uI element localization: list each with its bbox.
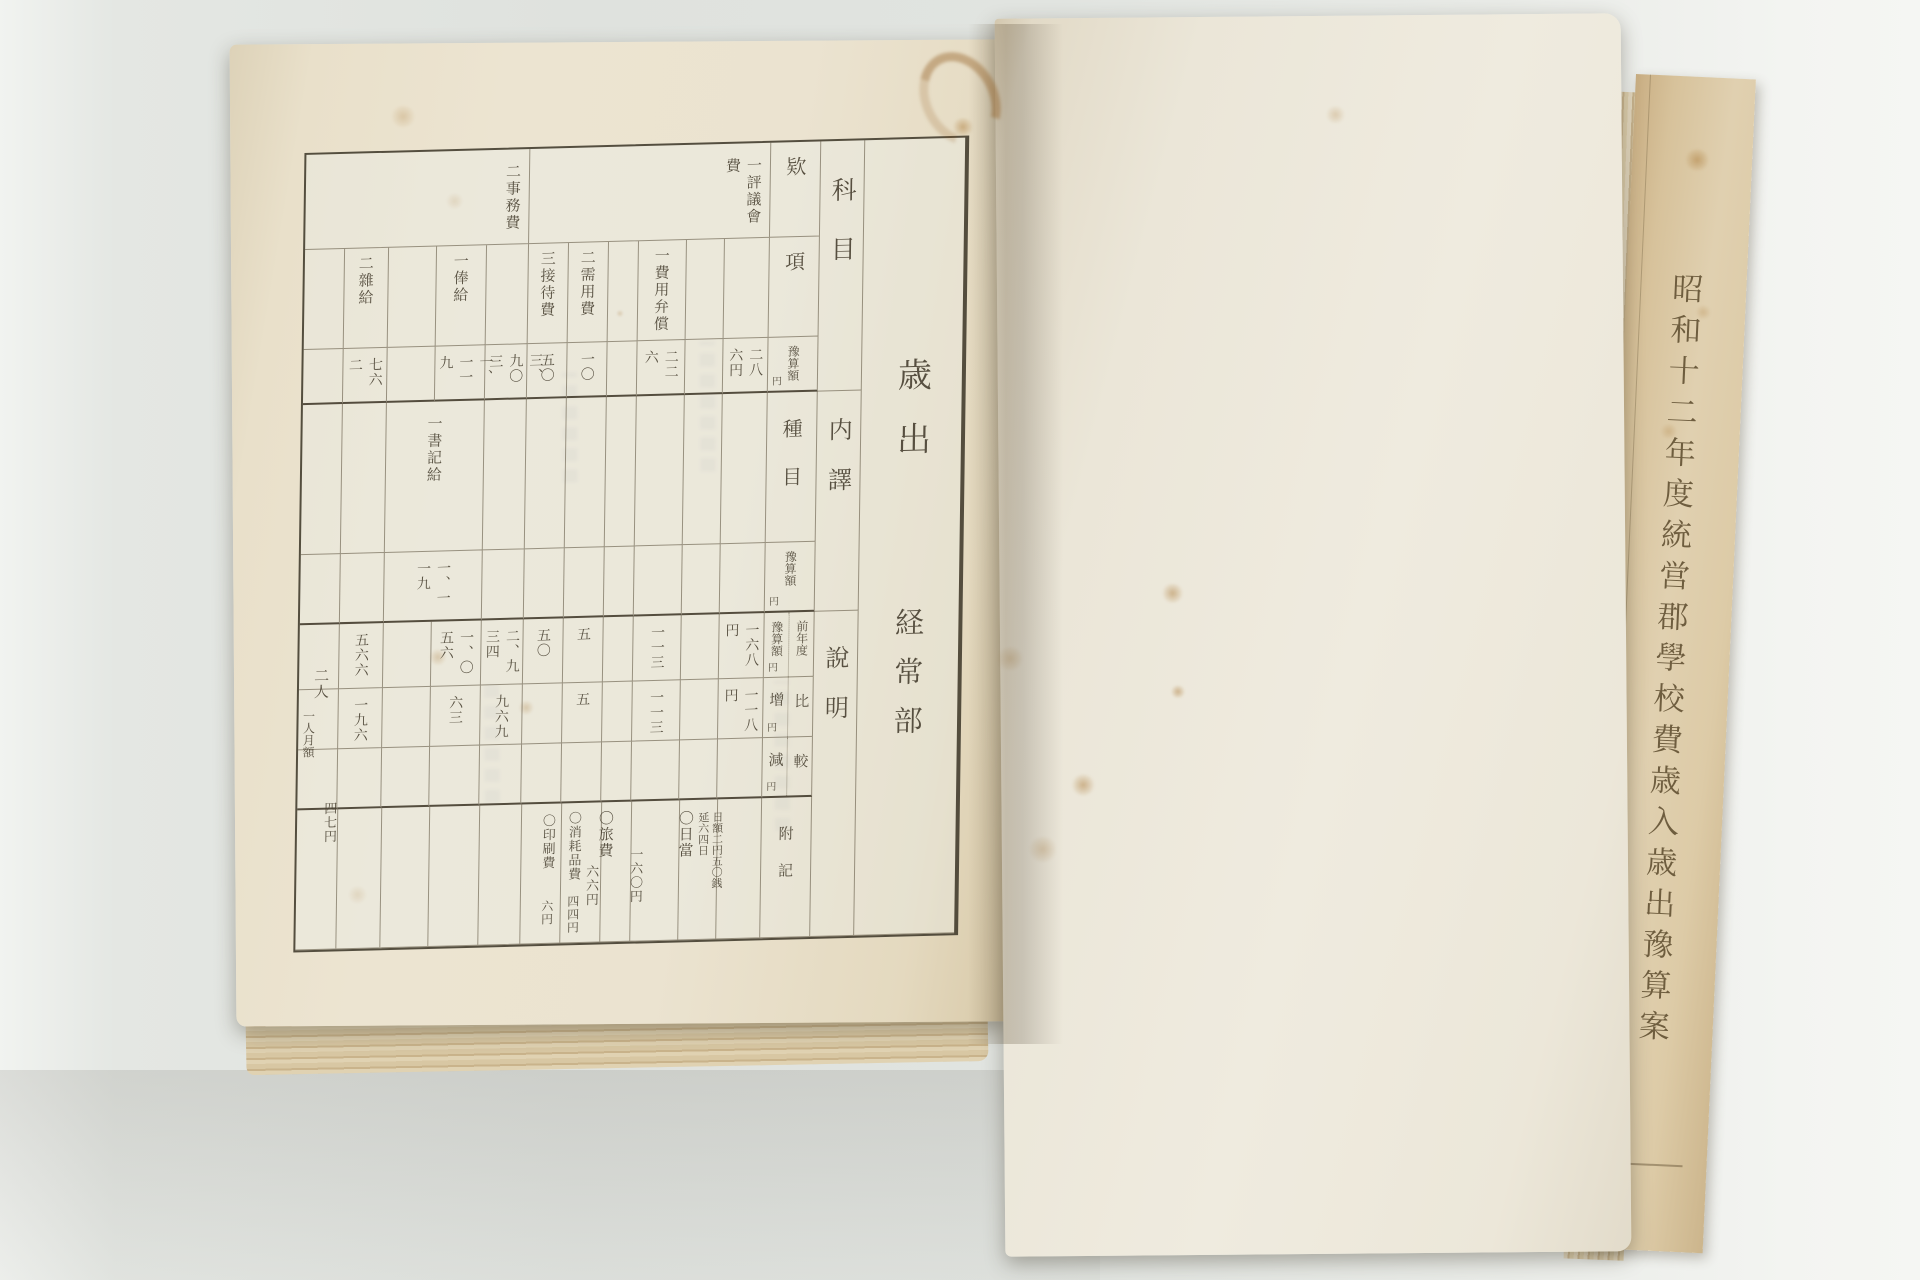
cell-empty (603, 616, 634, 682)
cell-kan-hyogikai: 一評議會費 (529, 143, 771, 244)
cell-amount-hyogikai: 二八六円 (723, 338, 769, 394)
kan-hyogikai-label: 一評議會費 (722, 150, 765, 238)
cell-empty (340, 553, 385, 624)
cell-empty (482, 549, 525, 620)
cell-empty (524, 548, 565, 619)
shumoku-shokikyu-label: 一書記給 (424, 401, 446, 484)
cell-empty (387, 347, 436, 403)
cell-ko-hokyu: 一俸給 (436, 245, 487, 346)
cell-empty (388, 247, 437, 348)
label-fu: 附 (776, 825, 795, 862)
cell-amount-zatsukyu: 七六二 (343, 348, 388, 404)
cell-empty (721, 393, 768, 544)
cell-inc-bensho: 一一三 (632, 680, 681, 741)
cell-label-increase: 增 比 円 (763, 677, 814, 738)
stain (1071, 774, 1095, 796)
unit-yen: 円 (767, 719, 777, 734)
label-zennendo: 前年度 (795, 612, 808, 656)
cell-empty (608, 241, 639, 342)
cell-empty (304, 249, 345, 350)
prev-jimuhi: 二、九三四 (481, 619, 522, 684)
note-ryohi-amount: 六六円 (581, 864, 601, 907)
shumoku-amount-shokikyu: 一、一一九 (412, 551, 453, 620)
cell-empty (303, 349, 344, 405)
amount-zatsukyu: 七六二 (344, 348, 385, 402)
cell-label-yosangaku-2: 豫算額 円 (765, 542, 816, 613)
cell-empty (685, 339, 724, 395)
cell-prev-zatsukyu: 五六六 (339, 623, 384, 689)
cell-inc-hokyu: 六三 (430, 686, 481, 747)
cell-empty (683, 394, 723, 545)
ko-juyo-label: 二需用費 (577, 242, 599, 318)
note-nitto-detail2: 日額二円五〇銭 (708, 811, 725, 888)
cell-amount-settai: 五〇 (527, 343, 568, 399)
cell-empty (635, 395, 685, 546)
table-surface-shadow (0, 1070, 1100, 1280)
label-ki: 記 (776, 862, 795, 899)
cell-empty (479, 744, 522, 805)
cell-empty (634, 545, 683, 616)
cell-empty (521, 743, 562, 804)
unit-yen: 円 (766, 778, 776, 793)
cell-empty (605, 396, 637, 547)
cell-label-ko: 項 (769, 236, 820, 337)
stain (1028, 836, 1058, 862)
left-page: 二事務費 一評議會費 欵 二雜給 一俸給 三接待費 二需用費 一費用弁償 (230, 39, 1009, 1026)
label-shumoku: 種目 (776, 392, 807, 515)
cell-prev-hyogikai: 一六八円 (719, 613, 765, 679)
prev-juyo: 五 (573, 618, 593, 643)
label-gen: 減 (767, 738, 783, 767)
inc-juyo: 五 (572, 683, 592, 708)
cell-empty (601, 742, 632, 803)
cell-empty (681, 614, 720, 680)
cell-prev-juyo: 五 (563, 617, 604, 683)
cell-amount-hokyu: 一、一一九 (435, 345, 486, 401)
note-futari-head: 二人 (311, 667, 332, 700)
cell-empty (724, 238, 770, 339)
cell-empty (301, 404, 343, 555)
cell-inc-hyogikai: 一一八円 (718, 678, 764, 739)
label-zo: 增 (768, 678, 784, 707)
prev-hokyu: 一、〇五六 (435, 621, 476, 686)
cell-empty (631, 740, 680, 801)
cell-prev-bensho: 一一三 (633, 615, 682, 681)
cell-empty (679, 739, 718, 800)
cell-empty (300, 554, 341, 625)
header-setsumei: 說明 (810, 611, 859, 937)
note-shomohin-amount: 四四円 (564, 895, 582, 934)
note-futari-amount: 四七円 (319, 801, 339, 844)
cell-inc-zatsukyu: 一九六 (338, 688, 383, 749)
notes-band: 〇日當 延六四日 日額二円五〇銭 一六〇円 〇旅費 六六円 〇消耗品費 四四円 … (295, 798, 762, 950)
section-title-saishutsu: 歳出 (886, 356, 937, 485)
label-kan: 欵 (781, 142, 811, 183)
note-insatsu-amount: 六円 (538, 900, 555, 926)
cell-ko-bensho: 一費用弁償 (638, 240, 687, 341)
section-title-keijobu: 経常部 (886, 607, 929, 755)
ko-bensho-label: 一費用弁償 (651, 240, 673, 333)
inc-zatsukyu: 一九六 (350, 688, 371, 743)
amount-settai: 五〇 (537, 343, 558, 383)
label-hikaku-hi: 比 (792, 677, 808, 708)
label-fuki: 附記 (775, 797, 797, 900)
cell-empty (717, 738, 763, 799)
stain (1325, 106, 1345, 124)
header-uchiwake: 内譯 (815, 390, 862, 611)
inc-bensho: 一一三 (646, 681, 667, 736)
cell-empty (682, 544, 721, 615)
label-yosangaku: 豫算額 (786, 337, 799, 381)
cell-inc-jimuhi: 九六九 (480, 684, 523, 745)
cell-empty (602, 682, 633, 743)
unit-yen: 円 (768, 659, 778, 674)
cell-empty (341, 403, 387, 554)
label-hikaku-kaku: 較 (792, 737, 808, 768)
cell-empty (383, 622, 432, 688)
stain (996, 647, 1024, 671)
cell-empty (381, 747, 430, 808)
cell-empty (429, 746, 480, 807)
amount-juyo: 一〇 (577, 342, 598, 382)
cell-label-yosangaku-1: 豫算額 円 (768, 337, 819, 393)
amount-hyogikai: 二八六円 (725, 338, 766, 392)
cell-empty (564, 547, 605, 618)
cell-empty (604, 546, 635, 617)
cell-empty (382, 687, 431, 748)
label-yosangaku: 豫算額 (770, 613, 783, 657)
cell-amount-jimuhi: 三、九〇三 (485, 344, 528, 400)
cell-prev-settai: 五〇 (523, 618, 564, 684)
cell-label-decrease: 減 較 円 (762, 737, 813, 798)
label-ko: 項 (779, 237, 809, 278)
cell-empty (686, 239, 725, 340)
cell-ko-settai: 三接待費 (528, 243, 569, 344)
ko-hokyu-label: 一俸給 (450, 246, 472, 305)
header-kamoku: 科目 (818, 140, 865, 391)
budget-table: 二事務費 一評議會費 欵 二雜給 一俸給 三接待費 二需用費 一費用弁償 (293, 136, 969, 953)
cell-label-shumoku: 種目 (766, 392, 818, 543)
cell-kan-jimuhi: 二事務費 (305, 149, 530, 250)
stain (1170, 685, 1185, 698)
cell-amount-juyo: 一〇 (567, 342, 608, 398)
prev-hyogikai: 一六八円 (721, 613, 762, 678)
cell-label-prev-year: 豫算額 前年度 円 (764, 612, 815, 678)
cell-prev-hokyu: 一、〇五六 (431, 620, 482, 686)
cover-title: 昭和十二年度統営郡學校費歳入歳出豫算案 (1628, 271, 1708, 1051)
cell-label-kan: 欵 (770, 141, 821, 237)
label-yosangaku: 豫算額 (783, 542, 796, 586)
cell-empty (486, 244, 529, 345)
cell-label-fuki: 附記 (760, 797, 812, 938)
cell-empty (680, 679, 719, 740)
cell-empty (720, 543, 766, 614)
note-ryohi-head: 〇旅費 (595, 810, 617, 859)
scene-photo-of-open-budget-book: { "colors":{ "paper_left":"#eae2cd", "pa… (0, 0, 1920, 1280)
amount-bensho: 二二六 (640, 340, 681, 394)
unit-yen: 円 (772, 373, 782, 388)
stain (390, 105, 416, 127)
right-page-blank (995, 13, 1632, 1256)
cell-inc-juyo: 五 (562, 682, 603, 743)
note-shomohin-head: 〇消耗品費 (563, 811, 583, 882)
ko-zatsukyu-label: 二雜給 (355, 248, 377, 307)
unit-yen: 円 (769, 593, 779, 608)
inc-hyogikai: 一一八円 (720, 678, 761, 738)
stain (1684, 148, 1711, 171)
cell-empty (483, 399, 527, 550)
ko-settai-label: 三接待費 (537, 243, 559, 319)
header-setsumei-label: 說明 (817, 611, 854, 746)
cell-empty (337, 748, 382, 809)
header-uchiwake-label: 内譯 (820, 391, 857, 518)
cell-empty (607, 341, 638, 397)
note-insatsu-head: 〇印刷費 (537, 814, 557, 871)
cell-empty (525, 398, 567, 549)
prev-zatsukyu: 五六六 (351, 623, 372, 678)
cell-amount-bensho: 二二六 (637, 340, 686, 396)
inc-jimuhi: 九六九 (491, 685, 512, 740)
cell-ko-zatsukyu: 二雜給 (344, 248, 389, 349)
cell-ko-juyo: 二需用費 (568, 242, 609, 343)
kan-jimuhi-label: 二事務費 (502, 156, 524, 232)
cell-shumoku-amount-shokikyu: 一、一一九 (384, 550, 483, 623)
section-title-column: 歳出 経常部 (854, 138, 965, 936)
cell-empty (561, 742, 602, 803)
header-kamoku-label: 科目 (823, 140, 861, 295)
inc-hokyu: 六三 (445, 686, 466, 726)
note-nitto-amount: 一六〇円 (625, 847, 645, 904)
note-futari-detail: 一人月額 (300, 710, 318, 758)
cell-shumoku-shokikyu: 一書記給 (385, 400, 485, 553)
cell-empty (522, 683, 563, 744)
cell-prev-jimuhi: 二、九三四 (481, 619, 524, 685)
stain (1162, 583, 1184, 603)
cell-empty (565, 397, 607, 548)
prev-settai: 五〇 (533, 619, 554, 659)
prev-bensho: 一一三 (646, 616, 667, 671)
